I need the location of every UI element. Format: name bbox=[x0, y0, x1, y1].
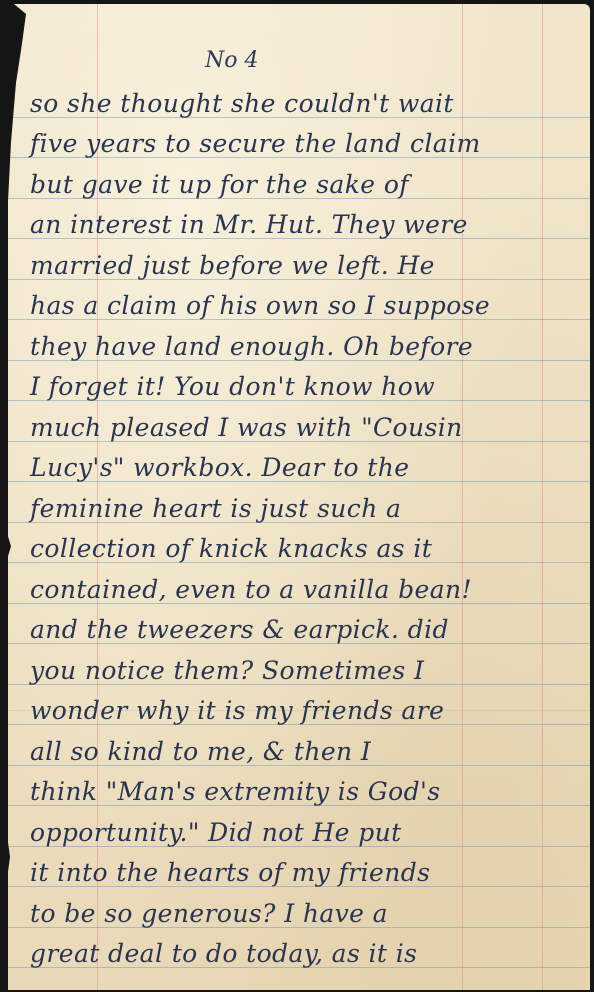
handwritten-line: opportunity." Did not He put bbox=[30, 820, 590, 845]
handwritten-line: married just before we left. He bbox=[30, 253, 590, 278]
handwritten-line: but gave it up for the sake of bbox=[30, 172, 590, 197]
handwritten-line: great deal to do today, as it is bbox=[30, 941, 590, 966]
handwritten-line: and the tweezers & earpick. did bbox=[30, 617, 590, 642]
page-number-note: No 4 bbox=[205, 48, 259, 73]
handwritten-line: Lucy's" workbox. Dear to the bbox=[30, 455, 590, 480]
handwritten-line: so she thought she couldn't wait bbox=[30, 91, 590, 116]
handwritten-line: collection of knick knacks as it bbox=[30, 536, 590, 561]
handwritten-line: you notice them? Sometimes I bbox=[30, 658, 590, 683]
handwritten-line: much pleased I was with "Cousin bbox=[30, 415, 590, 440]
handwritten-line: I forget it! You don't know how bbox=[30, 374, 590, 399]
handwritten-line: five years to secure the land claim bbox=[30, 131, 590, 156]
handwritten-line: wonder why it is my friends are bbox=[30, 698, 590, 723]
handwritten-line: they have land enough. Oh before bbox=[30, 334, 590, 359]
handwritten-line: feminine heart is just such a bbox=[30, 496, 590, 521]
handwritten-line: to be so generous? I have a bbox=[30, 901, 590, 926]
handwritten-line: think "Man's extremity is God's bbox=[30, 779, 590, 804]
letter-page: No 4 so she thought she couldn't wait fi… bbox=[8, 4, 590, 990]
handwritten-line: an interest in Mr. Hut. They were bbox=[30, 212, 590, 237]
handwritten-line: has a claim of his own so I suppose bbox=[30, 293, 590, 318]
handwritten-line: all so kind to me, & then I bbox=[30, 739, 590, 764]
handwritten-line: it into the hearts of my friends bbox=[30, 860, 590, 885]
handwritten-line: contained, even to a vanilla bean! bbox=[30, 577, 590, 602]
